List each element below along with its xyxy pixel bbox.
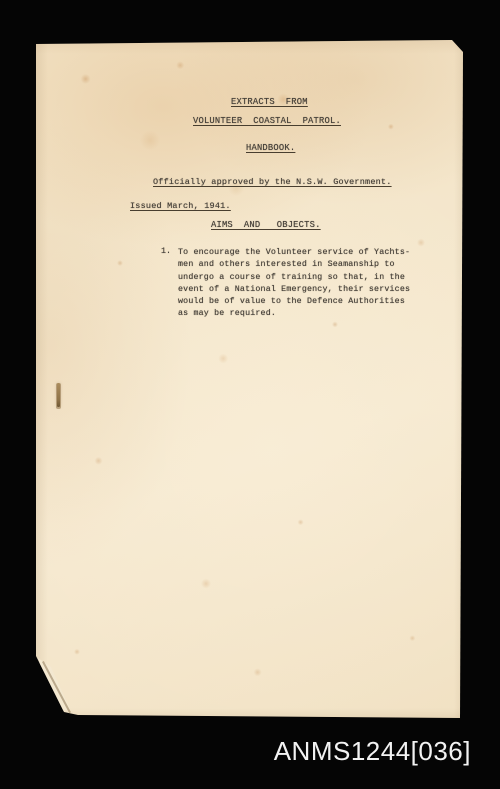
title-handbook: HANDBOOK. — [246, 143, 295, 153]
approval-line: Officially approved by the N.S.W. Govern… — [153, 177, 392, 187]
catalog-number: ANMS1244[036] — [274, 736, 471, 767]
section-heading-aims-and-objects: AIMS AND OBJECTS. — [211, 220, 321, 230]
paragraph-line: would be of value to the Defence Authori… — [178, 296, 418, 308]
paper-sheet: EXTRACTS FROM VOLUNTEER COASTAL PATROL. … — [34, 38, 464, 720]
paragraph-lines: To encourage the Volunteer service of Ya… — [178, 247, 418, 321]
paragraph-line: event of a National Emergency, their ser… — [178, 284, 418, 296]
scanned-document-photo: EXTRACTS FROM VOLUNTEER COASTAL PATROL. … — [0, 0, 500, 789]
paragraph-line: undergo a course of training so that, in… — [178, 272, 418, 284]
typed-content: EXTRACTS FROM VOLUNTEER COASTAL PATROL. … — [34, 38, 464, 720]
paragraph-line: as may be required. — [178, 308, 418, 320]
issued-line: Issued March, 1941. — [130, 201, 231, 211]
title-extracts-from: EXTRACTS FROM — [231, 97, 308, 107]
title-volunteer-coastal-patrol: VOLUNTEER COASTAL PATROL. — [193, 116, 341, 126]
paragraph-number: 1. — [161, 247, 171, 256]
paragraph-line: To encourage the Volunteer service of Ya… — [178, 247, 418, 259]
paragraph-line: men and others interested in Seamanship … — [178, 259, 418, 271]
